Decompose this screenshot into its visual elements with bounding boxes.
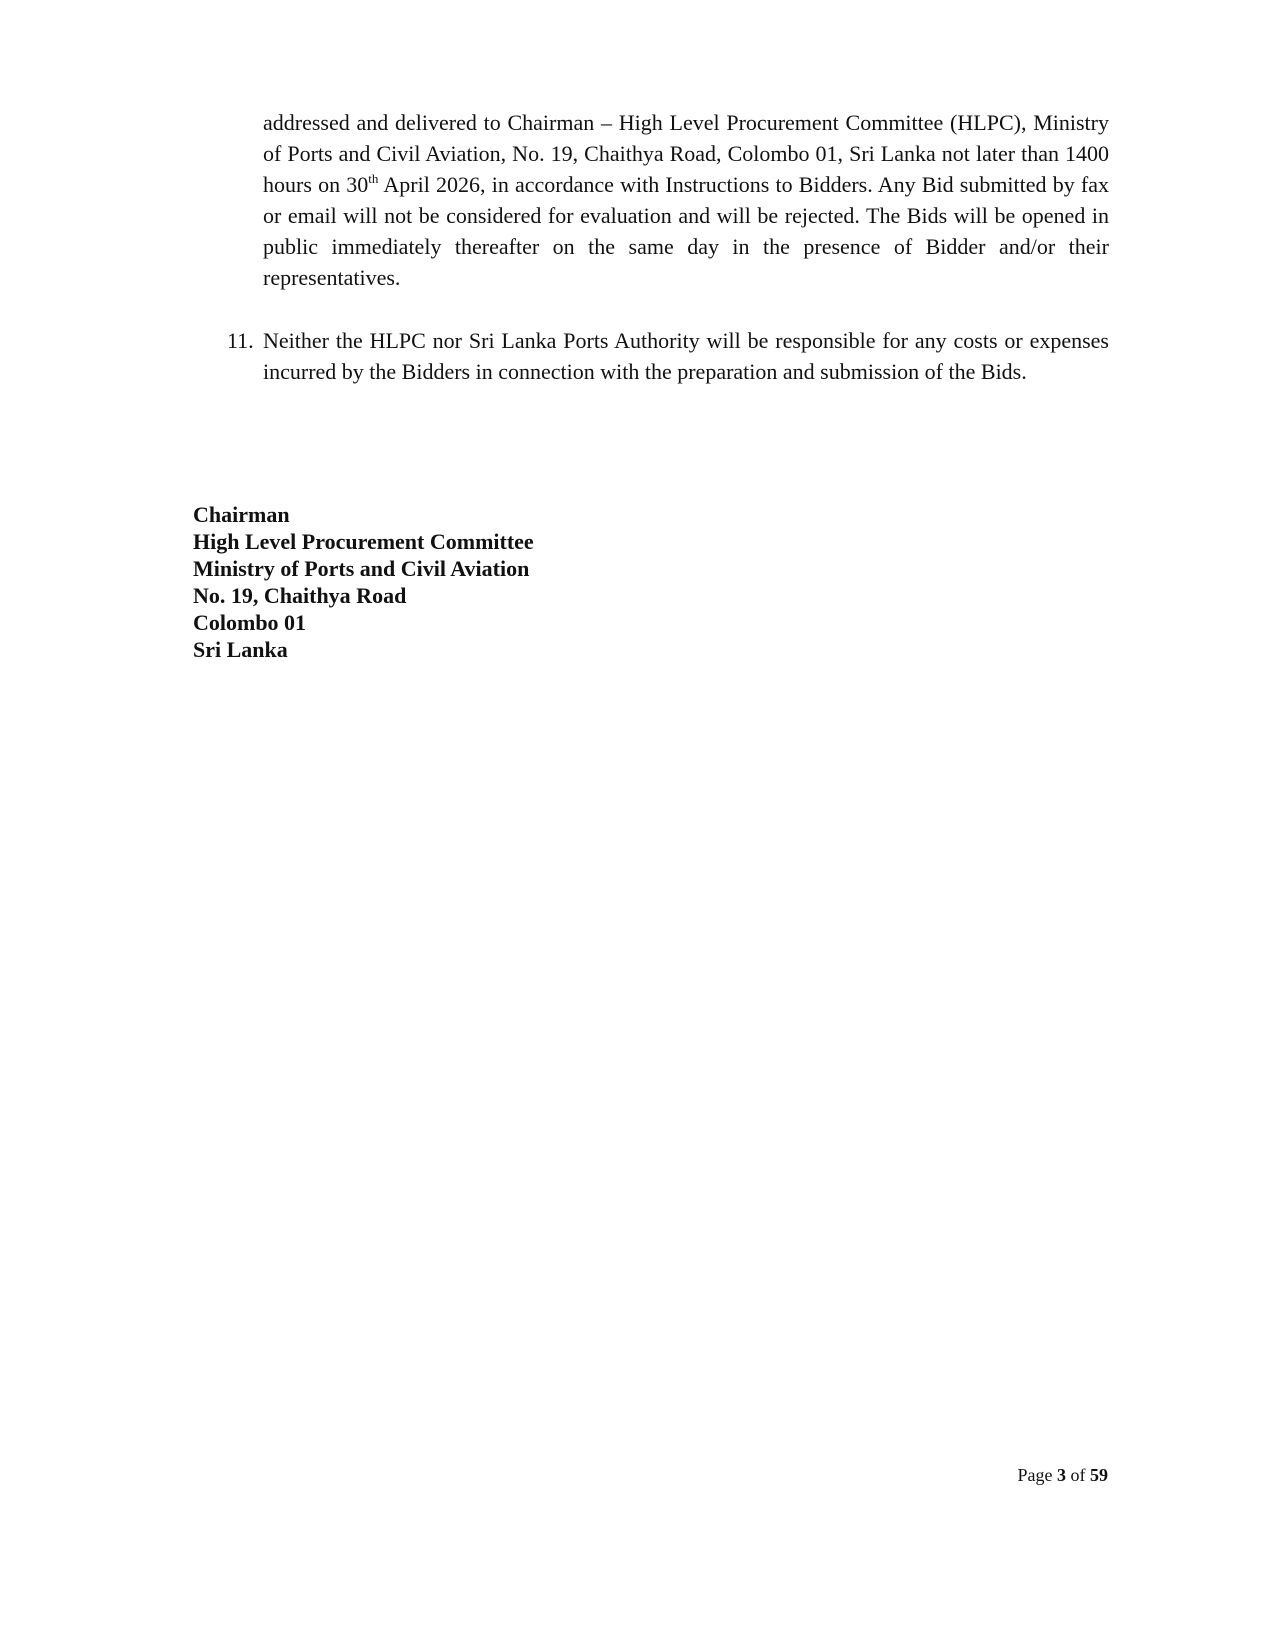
signature-street: No. 19, Chaithya Road [193, 582, 534, 609]
current-page: 3 [1057, 1465, 1066, 1485]
document-page: addressed and delivered to Chairman – Hi… [0, 0, 1275, 1650]
signature-city: Colombo 01 [193, 609, 534, 636]
signature-title: Chairman [193, 501, 534, 528]
page-label: Page [1018, 1465, 1053, 1485]
list-item-number: 11. [227, 325, 254, 356]
paragraph-10-continuation: addressed and delivered to Chairman – Hi… [263, 107, 1109, 293]
ordinal-suffix: th [368, 171, 378, 186]
of-label: of [1071, 1465, 1086, 1485]
signature-country: Sri Lanka [193, 636, 534, 663]
signature-block: Chairman High Level Procurement Committe… [193, 501, 534, 663]
page-number-footer: Page 3 of 59 [1018, 1465, 1109, 1486]
total-pages: 59 [1090, 1465, 1108, 1485]
list-item-text: Neither the HLPC nor Sri Lanka Ports Aut… [263, 325, 1109, 387]
paragraph-text-part2: April 2026, in accordance with Instructi… [263, 172, 1109, 290]
signature-committee: High Level Procurement Committee [193, 528, 534, 555]
signature-ministry: Ministry of Ports and Civil Aviation [193, 555, 534, 582]
